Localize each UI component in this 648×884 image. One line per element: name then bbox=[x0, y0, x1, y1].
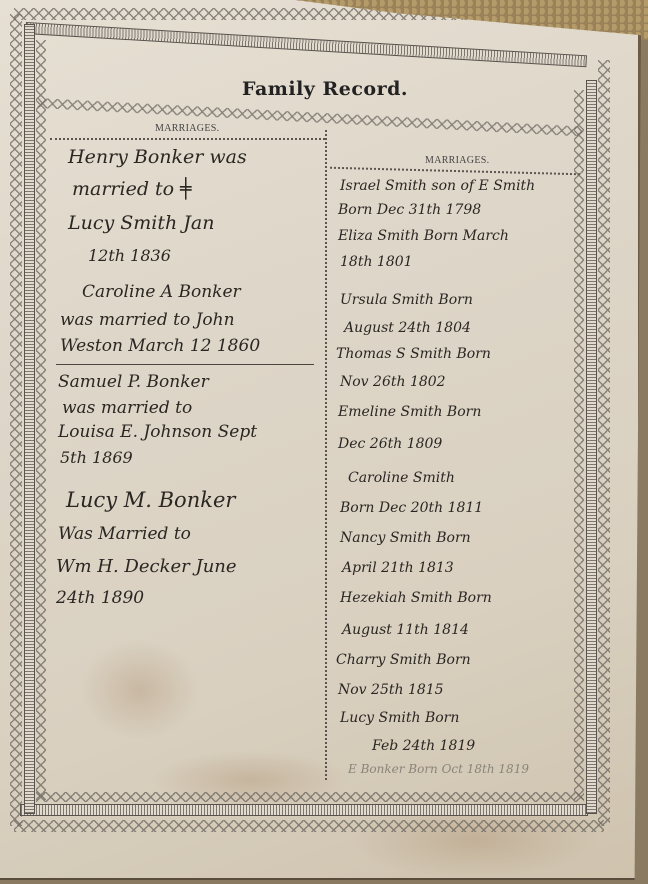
border-diamond-inner-right bbox=[574, 90, 584, 800]
entry-line: Lucy M. Bonker bbox=[66, 488, 235, 512]
entry-line: Henry Bonker was bbox=[68, 146, 247, 168]
entry-line: Samuel P. Bonker bbox=[58, 372, 209, 392]
left-column-header: MARRIAGES. bbox=[155, 123, 219, 134]
entry-separator bbox=[56, 364, 314, 365]
birth-entry-line: Ursula Smith Born bbox=[340, 292, 473, 308]
entry-line: married to ╪ bbox=[72, 178, 192, 200]
border-diamond-bottom bbox=[14, 820, 604, 832]
border-diamond-left bbox=[10, 14, 22, 826]
birth-entry-line: Feb 24th 1819 bbox=[372, 738, 475, 754]
border-rule-left bbox=[24, 24, 35, 814]
column-divider bbox=[325, 130, 327, 780]
birth-entry-line: Eliza Smith Born March bbox=[338, 228, 509, 244]
birth-entry-line: April 21th 1813 bbox=[342, 560, 454, 576]
birth-entry-line: Israel Smith son of E Smith bbox=[340, 178, 535, 194]
border-rule-bottom bbox=[20, 804, 588, 816]
entry-line: Wm H. Decker June bbox=[56, 556, 237, 577]
birth-entry-line: Dec 26th 1809 bbox=[338, 436, 442, 452]
entry-line: was married to bbox=[62, 398, 192, 418]
birth-entry-line-faded: E Bonker Born Oct 18th 1819 bbox=[348, 762, 529, 776]
record-page: Family Record. MARRIAGES. MARRIAGES. Hen… bbox=[0, 0, 641, 880]
birth-entry-line: Born Dec 31th 1798 bbox=[338, 202, 481, 218]
birth-entry-line: August 11th 1814 bbox=[342, 622, 469, 638]
entry-line: 24th 1890 bbox=[56, 588, 144, 608]
entry-line: Lucy Smith Jan bbox=[68, 212, 214, 234]
birth-entry-line: Thomas S Smith Born bbox=[336, 346, 491, 362]
birth-entry-line: Nov 25th 1815 bbox=[338, 682, 444, 698]
birth-entry-line: Charry Smith Born bbox=[336, 652, 471, 668]
birth-entry-line: Nov 26th 1802 bbox=[340, 374, 446, 390]
border-rule-right bbox=[586, 80, 597, 814]
entry-line: 12th 1836 bbox=[88, 246, 171, 265]
entry-line: Weston March 12 1860 bbox=[60, 336, 260, 356]
birth-entry-line: Hezekiah Smith Born bbox=[340, 590, 492, 606]
page-title: Family Record. bbox=[200, 78, 450, 100]
birth-entry-line: Caroline Smith bbox=[348, 470, 455, 486]
birth-entry-line: 18th 1801 bbox=[340, 254, 413, 270]
header-divider-left bbox=[50, 138, 325, 140]
birth-entry-line: Lucy Smith Born bbox=[340, 710, 459, 726]
right-column-header: MARRIAGES. bbox=[425, 155, 489, 166]
entry-line: Louisa E. Johnson Sept bbox=[58, 422, 257, 442]
entry-line: 5th 1869 bbox=[60, 448, 133, 467]
water-stain bbox=[80, 640, 200, 740]
birth-entry-line: August 24th 1804 bbox=[344, 320, 471, 336]
border-rule-top bbox=[25, 22, 587, 67]
birth-entry-line: Born Dec 20th 1811 bbox=[340, 500, 483, 516]
entry-line: was married to John bbox=[60, 310, 235, 330]
border-diamond-right bbox=[598, 60, 610, 826]
birth-entry-line: Emeline Smith Born bbox=[338, 404, 481, 420]
border-diamond-inner-top bbox=[37, 98, 582, 137]
border-diamond-inner-left bbox=[36, 40, 46, 800]
birth-entry-line: Nancy Smith Born bbox=[340, 530, 471, 546]
border-diamond-inner-bottom bbox=[36, 792, 584, 802]
header-divider-right bbox=[330, 167, 580, 176]
entry-line: Was Married to bbox=[58, 524, 191, 544]
entry-line: Caroline A Bonker bbox=[82, 282, 241, 302]
